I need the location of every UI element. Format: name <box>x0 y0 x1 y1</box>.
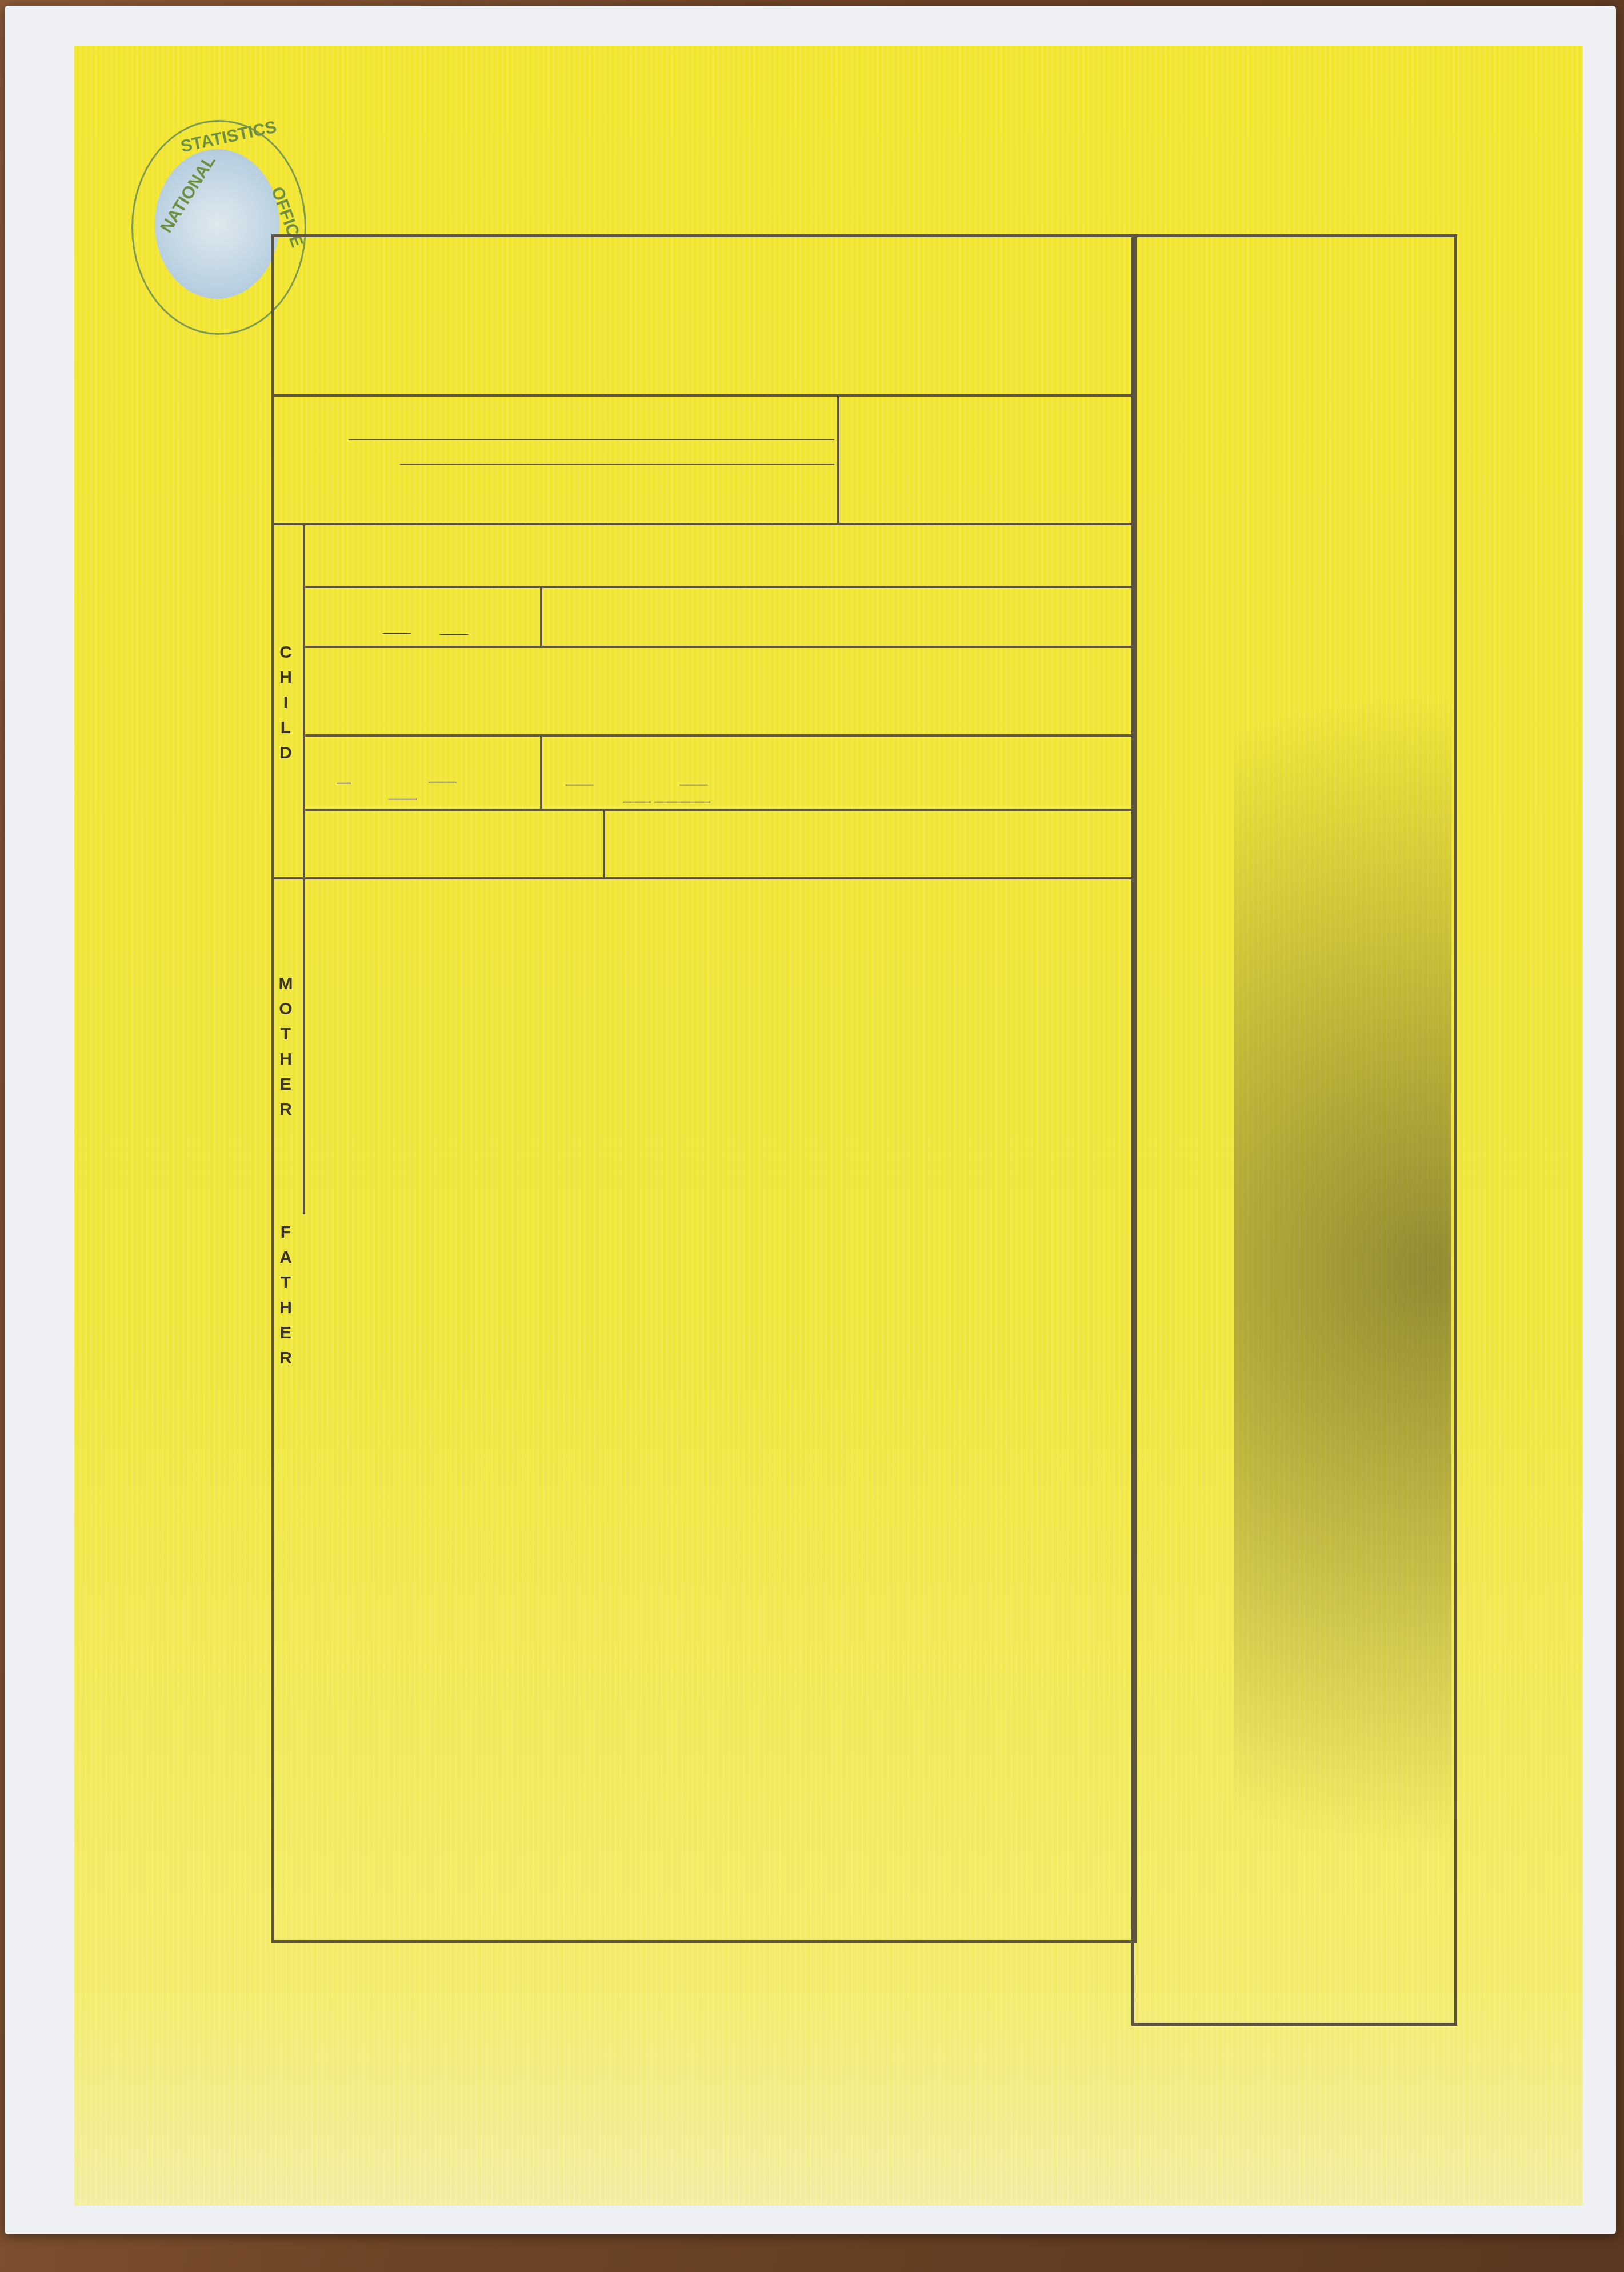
multiple-option-second[interactable]: ____ <box>680 771 708 786</box>
divider <box>303 586 1131 588</box>
underline <box>400 464 834 465</box>
scan-shadow <box>1234 520 1451 2017</box>
divider <box>837 394 839 523</box>
underline <box>349 439 834 440</box>
divider <box>271 523 1131 525</box>
type-option-single[interactable]: __ <box>337 769 351 786</box>
sex-option-male[interactable]: ____ <box>383 620 411 635</box>
sex-option-female[interactable]: ____ <box>440 620 468 637</box>
main-form-frame <box>271 234 1137 1943</box>
divider <box>271 877 1131 879</box>
child-section-label: CHILD <box>277 640 294 766</box>
divider <box>540 586 542 646</box>
multiple-option-first[interactable]: ____ <box>566 771 594 786</box>
divider <box>303 877 305 1214</box>
divider <box>303 809 1131 811</box>
divider <box>303 646 1131 648</box>
type-option-twin[interactable]: ____ <box>429 769 457 783</box>
type-option-triplet[interactable]: ____ <box>389 786 417 801</box>
divider <box>540 734 542 809</box>
divider <box>303 734 1131 737</box>
father-section-label: FATHER <box>277 1220 294 1371</box>
mother-section-label: MOTHER <box>277 971 294 1122</box>
divider <box>271 394 1131 397</box>
multiple-option-others[interactable]: ____ ________ <box>623 789 710 803</box>
divider <box>603 809 605 877</box>
certificate-document: NATIONAL STATISTICS OFFICE CHILD MOTHER … <box>74 46 1583 2206</box>
